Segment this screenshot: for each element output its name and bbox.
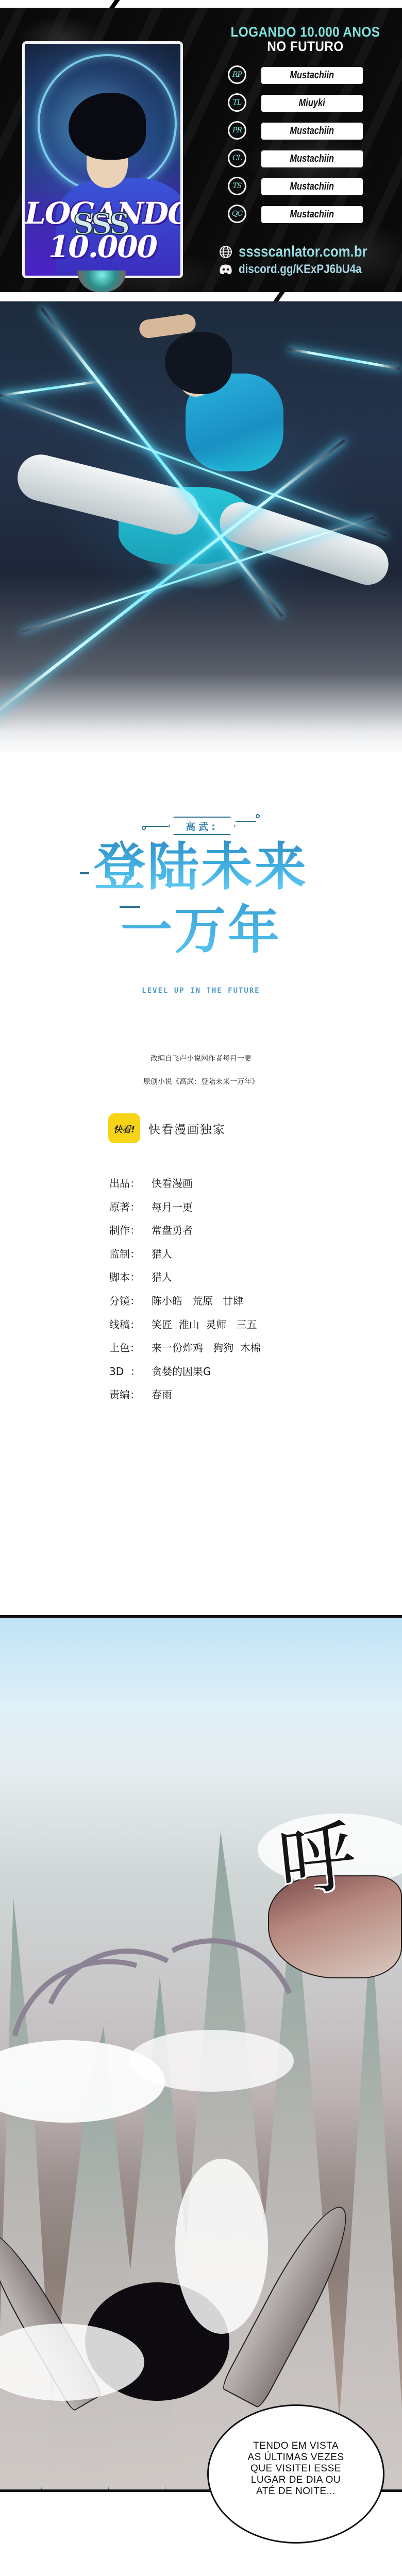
- speech-line: AS ÚLTIMAS VEZES: [234, 2452, 358, 2463]
- staff-row: 制作：常盘勇者: [109, 1223, 346, 1247]
- credit-name-box: Mustachiin: [261, 67, 363, 84]
- speech-bubble: TENDO EM VISTA AS ÚLTIMAS VEZES QUE VISI…: [207, 2404, 384, 2544]
- credit-name-box: Mustachiin: [261, 206, 363, 223]
- credit-row-pr: PR Mustachiin: [227, 121, 363, 140]
- credit-name: Mustachiin: [290, 70, 334, 81]
- credit-name-box: Mustachiin: [261, 178, 363, 195]
- staff-names: 常盘勇者: [152, 1223, 193, 1247]
- staff-role: 出品：: [109, 1176, 152, 1200]
- staff-role: 分镜：: [109, 1294, 152, 1317]
- discord-icon: [219, 263, 232, 276]
- website-link[interactable]: sssscanlator.com.br: [219, 244, 399, 260]
- credit-name: Mustachiin: [290, 125, 334, 137]
- original-novel-note: 原创小说《高武：登陆未来一万年》: [52, 1076, 350, 1087]
- publisher-exclusive-row: 快看! 快看漫画独家: [108, 1113, 226, 1144]
- staff-names: 笑匠 淮山 灵师 三五: [152, 1317, 257, 1341]
- speech-bubble-text: TENDO EM VISTA AS ÚLTIMAS VEZES QUE VISI…: [234, 2441, 358, 2497]
- staff-names: 贪婪的因果G: [152, 1364, 211, 1388]
- staff-names: 快看漫画: [152, 1176, 193, 1200]
- role-badge-icon: RP: [228, 65, 246, 84]
- speech-line: QUE VISITEI ESSE: [234, 2463, 358, 2475]
- fighter-hair: [165, 332, 232, 394]
- adaptation-note: 改编自飞卢小说网作者每月一更: [52, 1053, 350, 1063]
- role-badge-icon: CL: [228, 149, 246, 167]
- staff-names: 每月一更: [152, 1200, 193, 1224]
- credit-row-tl: TL Miuyki: [227, 93, 363, 112]
- sound-effect-text: 呼: [274, 1812, 365, 1908]
- role-badge-icon: PR: [228, 121, 246, 140]
- fighter-kicking-leg: [12, 450, 204, 539]
- discord-link[interactable]: discord.gg/KExPJ6bU4a: [219, 262, 399, 277]
- speech-line: TENDO EM VISTA: [234, 2441, 358, 2452]
- action-panel-lightning-kick: [0, 301, 402, 755]
- staff-row: 责编：春雨: [109, 1387, 346, 1411]
- staff-row: 分镜：陈小皓 荒原 廿肆: [109, 1294, 346, 1317]
- staff-row: 原著：每月一更: [109, 1200, 346, 1224]
- credit-name: Mustachiin: [290, 181, 334, 193]
- staff-names: 陈小皓 荒原 廿肆: [152, 1294, 243, 1317]
- mist-cloud: [175, 2159, 268, 2334]
- logo-circuit-line: [236, 821, 256, 822]
- kuaikan-logo-icon: 快看!: [108, 1113, 140, 1143]
- staff-row: 监制：猎人: [109, 1247, 346, 1270]
- staff-names: 春雨: [152, 1387, 172, 1411]
- credit-name-box: Miuyki: [261, 95, 363, 112]
- panel-gutter: [0, 292, 402, 302]
- staff-role: 原著：: [109, 1200, 152, 1224]
- staff-names: 来一份炸鸡 狗狗 木棉: [152, 1341, 261, 1364]
- staff-role: 3D ：: [109, 1364, 152, 1388]
- staff-role: 上色：: [109, 1341, 152, 1364]
- role-badge-icon: TL: [228, 93, 246, 112]
- credit-row-rp: RP Mustachiin: [227, 65, 363, 84]
- credit-name: Mustachiin: [290, 153, 334, 165]
- staff-role: 脚本：: [109, 1270, 152, 1294]
- fighter-extended-leg: [214, 497, 394, 590]
- globe-icon: [219, 245, 232, 259]
- staff-row: 线稿：笑匠 淮山 灵师 三五: [109, 1317, 346, 1341]
- scanlator-group-logo: SSS: [59, 206, 142, 242]
- series-cover-thumbnail: LOGANDO 10.000: [22, 41, 183, 278]
- staff-row: 上色：来一份炸鸡 狗狗 木棉: [109, 1341, 346, 1364]
- staff-row: 出品：快看漫画: [109, 1176, 346, 1200]
- staff-role: 线稿：: [109, 1317, 152, 1341]
- website-url[interactable]: sssscanlator.com.br: [239, 243, 367, 261]
- credit-row-cl: CL Mustachiin: [227, 149, 363, 167]
- discord-invite[interactable]: discord.gg/KExPJ6bU4a: [239, 262, 362, 277]
- staff-role: 制作：: [109, 1223, 152, 1247]
- series-title-line1: LOGANDO 10.000 ANOS: [231, 24, 380, 40]
- staff-names: 猎人: [152, 1270, 172, 1294]
- logo-chinese-title-line1: 登陆未来: [77, 837, 325, 896]
- logo-circuit-node: [142, 826, 146, 830]
- series-title-line2: NO FUTURO: [225, 39, 386, 54]
- mountain-peak: [335, 1919, 402, 2491]
- staff-row: 脚本：猎人: [109, 1270, 346, 1294]
- logo-circuit-node: [256, 814, 260, 818]
- credit-name: Mustachiin: [290, 209, 334, 221]
- story-panel-bone-valley: 呼: [0, 1618, 402, 2491]
- staff-row: 3D ：贪婪的因果G: [109, 1364, 346, 1388]
- staff-names: 猎人: [152, 1247, 172, 1270]
- lightning-arc: [289, 348, 401, 370]
- series-title: LOGANDO 10.000 ANOS NO FUTURO: [225, 25, 386, 54]
- logo-genre-tag: 高武:: [169, 817, 236, 835]
- speech-line: LUGAR DE DIA OU: [234, 2475, 358, 2486]
- credit-name-box: Mustachiin: [261, 123, 363, 140]
- staff-role: 监制：: [109, 1247, 152, 1270]
- credit-name: Miuyki: [299, 97, 325, 109]
- staff-role: 责编：: [109, 1387, 152, 1411]
- logo-circuit-line: [145, 826, 169, 827]
- lightning-arc: [0, 380, 102, 397]
- logo-chinese-title-line2: 一万年: [77, 901, 325, 960]
- original-staff-credits: 出品：快看漫画 原著：每月一更 制作：常盘勇者 监制：猎人 脚本：猎人 分镜：陈…: [109, 1176, 346, 1411]
- credit-row-ts: TS Mustachiin: [227, 177, 363, 195]
- credit-name-box: Mustachiin: [261, 150, 363, 167]
- cover-character-hair: [69, 93, 146, 160]
- role-badge-icon: QC: [228, 205, 246, 223]
- credit-row-qc: QC Mustachiin: [227, 205, 363, 223]
- role-badge-icon: TS: [228, 177, 246, 195]
- logo-english-subtitle: LEVEL UP IN THE FUTURE: [77, 987, 325, 995]
- speech-line: ATÉ DE NOITE...: [234, 2486, 358, 2497]
- publisher-exclusive-label: 快看漫画独家: [148, 1120, 226, 1137]
